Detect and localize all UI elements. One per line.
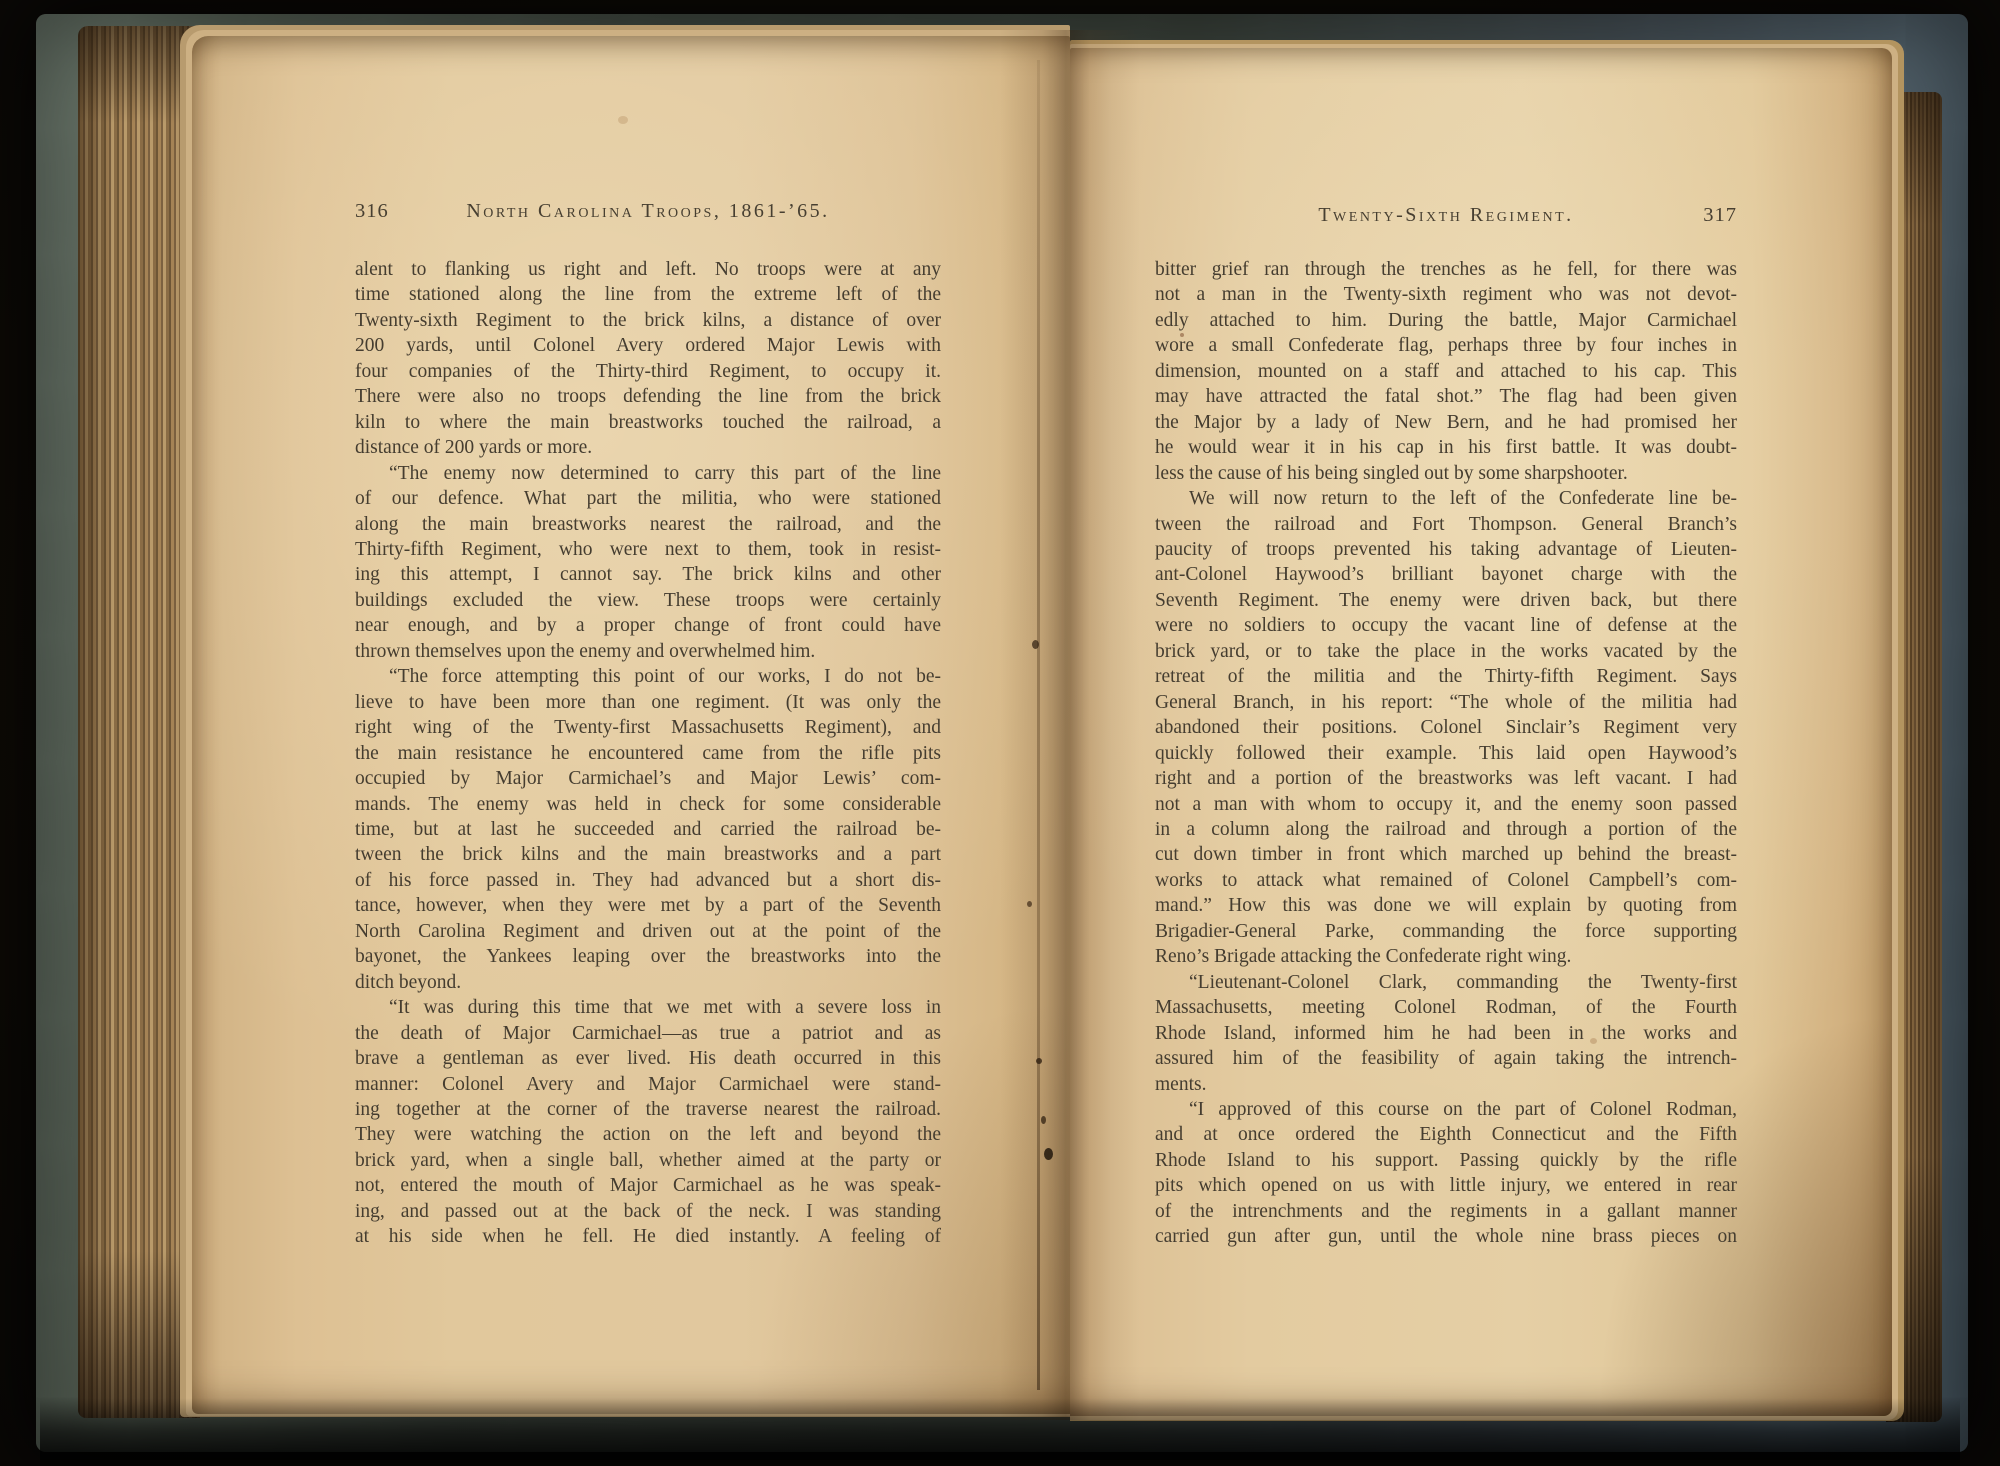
text-line: brick yard, when a single ball, whether … — [355, 1148, 941, 1173]
paragraph: “It was during this time that we met wit… — [355, 995, 941, 1250]
text-line: not, entered the mouth of Major Carmicha… — [355, 1173, 941, 1198]
text-line: bayonet, the Yankees leaping over the br… — [355, 944, 941, 969]
paragraph: alent to flanking us right and left. No … — [355, 257, 941, 461]
text-line: tance, however, when they were met by a … — [355, 893, 941, 918]
text-line: brick yard, or to take the place in the … — [1155, 639, 1737, 664]
text-line: lieve to have been more than one regimen… — [355, 690, 941, 715]
text-line: he would wear it in his cap in his first… — [1155, 435, 1737, 460]
text-line: wore a small Confederate flag, perhaps t… — [1155, 333, 1737, 358]
text-line: “The force attempting this point of our … — [355, 664, 941, 689]
text-line: of his force passed in. They had advance… — [355, 868, 941, 893]
text-line: distance of 200 yards or more. — [355, 435, 941, 460]
text-line: manner: Colonel Avery and Major Carmicha… — [355, 1072, 941, 1097]
text-line: mand.” How this was done we will explain… — [1155, 893, 1737, 918]
text-line: alent to flanking us right and left. No … — [355, 257, 941, 282]
text-line: not a man with whom to occupy it, and th… — [1155, 792, 1737, 817]
text-line: tween the railroad and Fort Thompson. Ge… — [1155, 512, 1737, 537]
text-line: Massachusetts, meeting Colonel Rodman, o… — [1155, 995, 1737, 1020]
text-line: the Major by a lady of New Bern, and he … — [1155, 410, 1737, 435]
text-line: of our defence. What part the militia, w… — [355, 486, 941, 511]
text-line: “Lieutenant-Colonel Clark, commanding th… — [1155, 970, 1737, 995]
text-line: “The enemy now determined to carry this … — [355, 461, 941, 486]
text-line: There were also no troops defending the … — [355, 384, 941, 409]
text-line: We will now return to the left of the Co… — [1155, 486, 1737, 511]
text-line: were no soldiers to occupy the vacant li… — [1155, 613, 1737, 638]
text-line: retreat of the militia and the Thirty-fi… — [1155, 664, 1737, 689]
text-line: thrown themselves upon the enemy and ove… — [355, 639, 941, 664]
text-line: ments. — [1155, 1072, 1737, 1097]
text-line: occupied by Major Carmichael’s and Major… — [355, 766, 941, 791]
text-line: ditch beyond. — [355, 970, 941, 995]
right-running-head: Twenty-Sixth Regiment. 317 — [1155, 204, 1737, 234]
text-line: assured him of the feasibility of again … — [1155, 1046, 1737, 1071]
text-line: four companies of the Thirty-third Regim… — [355, 359, 941, 384]
left-page-text: alent to flanking us right and left. No … — [355, 257, 941, 1250]
text-line: ing together at the corner of the traver… — [355, 1097, 941, 1122]
text-line: Thirty-fifth Regiment, who were next to … — [355, 537, 941, 562]
text-line: 200 yards, until Colonel Avery ordered M… — [355, 333, 941, 358]
text-line: near enough, and by a proper change of f… — [355, 613, 941, 638]
text-line: in a column along the railroad and throu… — [1155, 817, 1737, 842]
text-line: mands. The enemy was held in check for s… — [355, 792, 941, 817]
text-line: General Branch, in his report: “The whol… — [1155, 690, 1737, 715]
text-line: paucity of troops prevented his taking a… — [1155, 537, 1737, 562]
text-line: along the main breastworks nearest the r… — [355, 512, 941, 537]
paragraph: “I approved of this course on the part o… — [1155, 1097, 1737, 1250]
text-line: works to attack what remained of Colonel… — [1155, 868, 1737, 893]
text-line: They were watching the action on the lef… — [355, 1122, 941, 1147]
text-line: “It was during this time that we met wit… — [355, 995, 941, 1020]
text-line: edly attached to him. During the battle,… — [1155, 308, 1737, 333]
text-line: ing this attempt, I cannot say. The bric… — [355, 562, 941, 587]
text-line: tween the brick kilns and the main breas… — [355, 842, 941, 867]
left-page-number: 316 — [355, 200, 389, 223]
text-line: right wing of the Twenty-first Massachus… — [355, 715, 941, 740]
paragraph: “Lieutenant-Colonel Clark, commanding th… — [1155, 970, 1737, 1097]
text-line: Brigadier-General Parke, commanding the … — [1155, 919, 1737, 944]
text-line: the death of Major Carmichael—as true a … — [355, 1021, 941, 1046]
text-line: of the intrenchments and the regiments i… — [1155, 1199, 1737, 1224]
text-line: abandoned their positions. Colonel Sincl… — [1155, 715, 1737, 740]
text-line: bitter grief ran through the trenches as… — [1155, 257, 1737, 282]
right-running-head-title: Twenty-Sixth Regiment. — [1318, 204, 1573, 227]
text-line: buildings excluded the view. These troop… — [355, 588, 941, 613]
right-page: Twenty-Sixth Regiment. 317 bitter grief … — [1070, 48, 1892, 1416]
left-running-head: 316 North Carolina Troops, 1861-’65. — [355, 200, 941, 230]
right-page-number: 317 — [1703, 204, 1737, 227]
text-line: Seventh Regiment. The enemy were driven … — [1155, 588, 1737, 613]
text-line: ing, and passed out at the back of the n… — [355, 1199, 941, 1224]
paragraph: bitter grief ran through the trenches as… — [1155, 257, 1737, 486]
paragraph: We will now return to the left of the Co… — [1155, 486, 1737, 970]
text-line: Twenty-sixth Regiment to the brick kilns… — [355, 308, 941, 333]
text-line: right and a portion of the breastworks w… — [1155, 766, 1737, 791]
text-line: and at once ordered the Eighth Connectic… — [1155, 1122, 1737, 1147]
text-line: “I approved of this course on the part o… — [1155, 1097, 1737, 1122]
text-line: Rhode Island, informed him he had been i… — [1155, 1021, 1737, 1046]
text-line: dimension, mounted on a staff and attach… — [1155, 359, 1737, 384]
text-line: less the cause of his being singled out … — [1155, 461, 1737, 486]
text-line: pits which opened on us with little inju… — [1155, 1173, 1737, 1198]
paragraph: “The enemy now determined to carry this … — [355, 461, 941, 665]
text-line: quickly followed their example. This lai… — [1155, 741, 1737, 766]
text-line: at his side when he fell. He died instan… — [355, 1224, 941, 1249]
text-line: may have attracted the fatal shot.” The … — [1155, 384, 1737, 409]
text-line: Reno’s Brigade attacking the Confederate… — [1155, 944, 1737, 969]
text-line: ant-Colonel Haywood’s brilliant bayonet … — [1155, 562, 1737, 587]
text-line: North Carolina Regiment and driven out a… — [355, 919, 941, 944]
text-line: carried gun after gun, until the whole n… — [1155, 1224, 1737, 1249]
text-line: brave a gentleman as ever lived. His dea… — [355, 1046, 941, 1071]
text-line: not a man in the Twenty-sixth regiment w… — [1155, 282, 1737, 307]
text-line: Rhode Island to his support. Passing qui… — [1155, 1148, 1737, 1173]
right-page-text: bitter grief ran through the trenches as… — [1155, 257, 1737, 1250]
paragraph: “The force attempting this point of our … — [355, 664, 941, 995]
text-line: time stationed along the line from the e… — [355, 282, 941, 307]
text-line: time, but at last he succeeded and carri… — [355, 817, 941, 842]
left-page: 316 North Carolina Troops, 1861-’65. ale… — [192, 36, 1070, 1414]
text-line: cut down timber in front which marched u… — [1155, 842, 1737, 867]
text-line: kiln to where the main breastworks touch… — [355, 410, 941, 435]
photo-backdrop: 316 North Carolina Troops, 1861-’65. ale… — [0, 0, 2000, 1466]
text-line: the main resistance he encountered came … — [355, 741, 941, 766]
left-running-head-title: North Carolina Troops, 1861-’65. — [466, 200, 829, 223]
